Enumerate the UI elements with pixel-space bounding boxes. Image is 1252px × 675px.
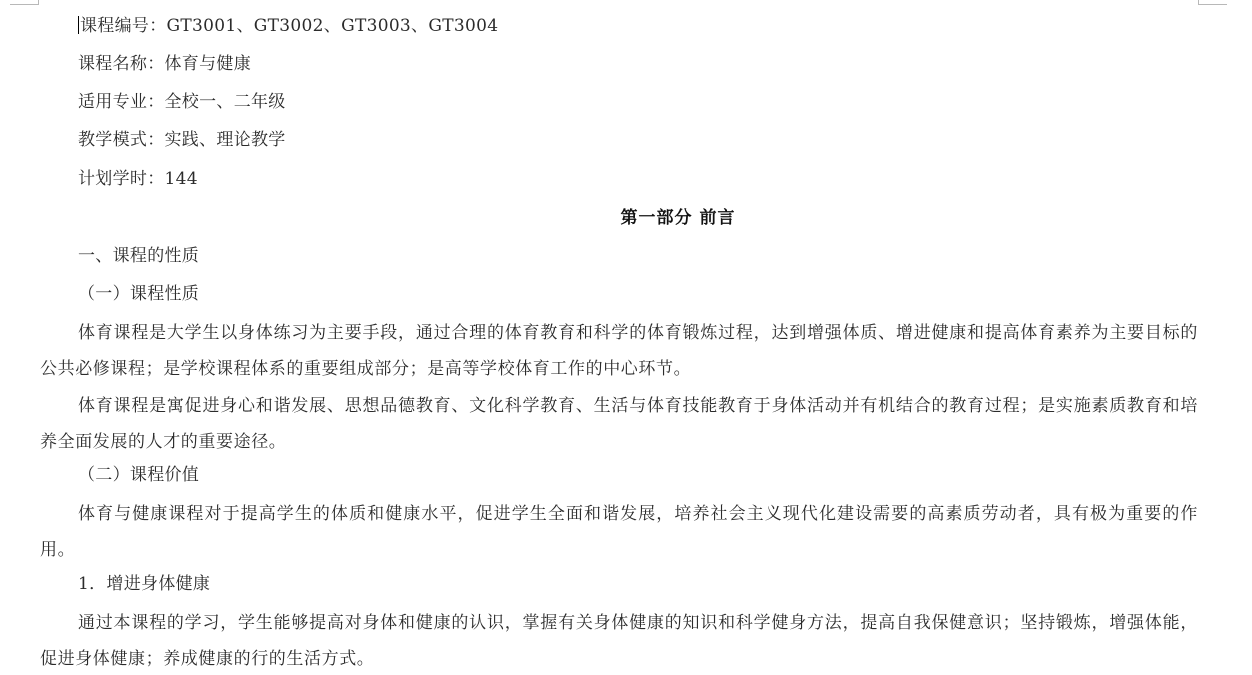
subsection-2-title: （二）课程价值 — [78, 464, 199, 486]
course-major: 适用专业：全校一、二年级 — [78, 91, 286, 113]
paragraph-course-nature-1: 体育课程是大学生以身体练习为主要手段，通过合理的体育教育和科学的体育锻炼过程，达… — [40, 315, 1198, 387]
course-name: 课程名称：体育与健康 — [78, 53, 251, 75]
page-corner-mark-left — [10, 0, 39, 5]
course-code: 课程编号：GT3001、GT3002、GT3003、GT3004 — [80, 16, 498, 36]
course-mode: 教学模式：实践、理论教学 — [78, 129, 286, 151]
course-code-line[interactable]: 课程编号：GT3001、GT3002、GT3003、GT3004 — [78, 15, 498, 37]
paragraph-course-nature-2: 体育课程是寓促进身心和谐发展、思想品德教育、文化科学教育、生活与体育技能教育于身… — [40, 388, 1198, 460]
course-hours: 计划学时：144 — [78, 168, 198, 190]
subsection-1-title: （一）课程性质 — [78, 283, 199, 305]
paragraph-course-value: 体育与健康课程对于提高学生的体质和健康水平，促进学生全面和谐发展，培养社会主义现… — [40, 496, 1198, 568]
section-1-title: 一、课程的性质 — [78, 245, 199, 267]
page-corner-mark-right — [1198, 0, 1227, 5]
item-1-title: 1．增进身体健康 — [78, 573, 210, 595]
text-cursor — [78, 16, 79, 34]
part-title: 第一部分 前言 — [40, 207, 1252, 229]
paragraph-improve-health: 通过本课程的学习，学生能够提高对身体和健康的认识，掌握有关身体健康的知识和科学健… — [40, 605, 1198, 675]
